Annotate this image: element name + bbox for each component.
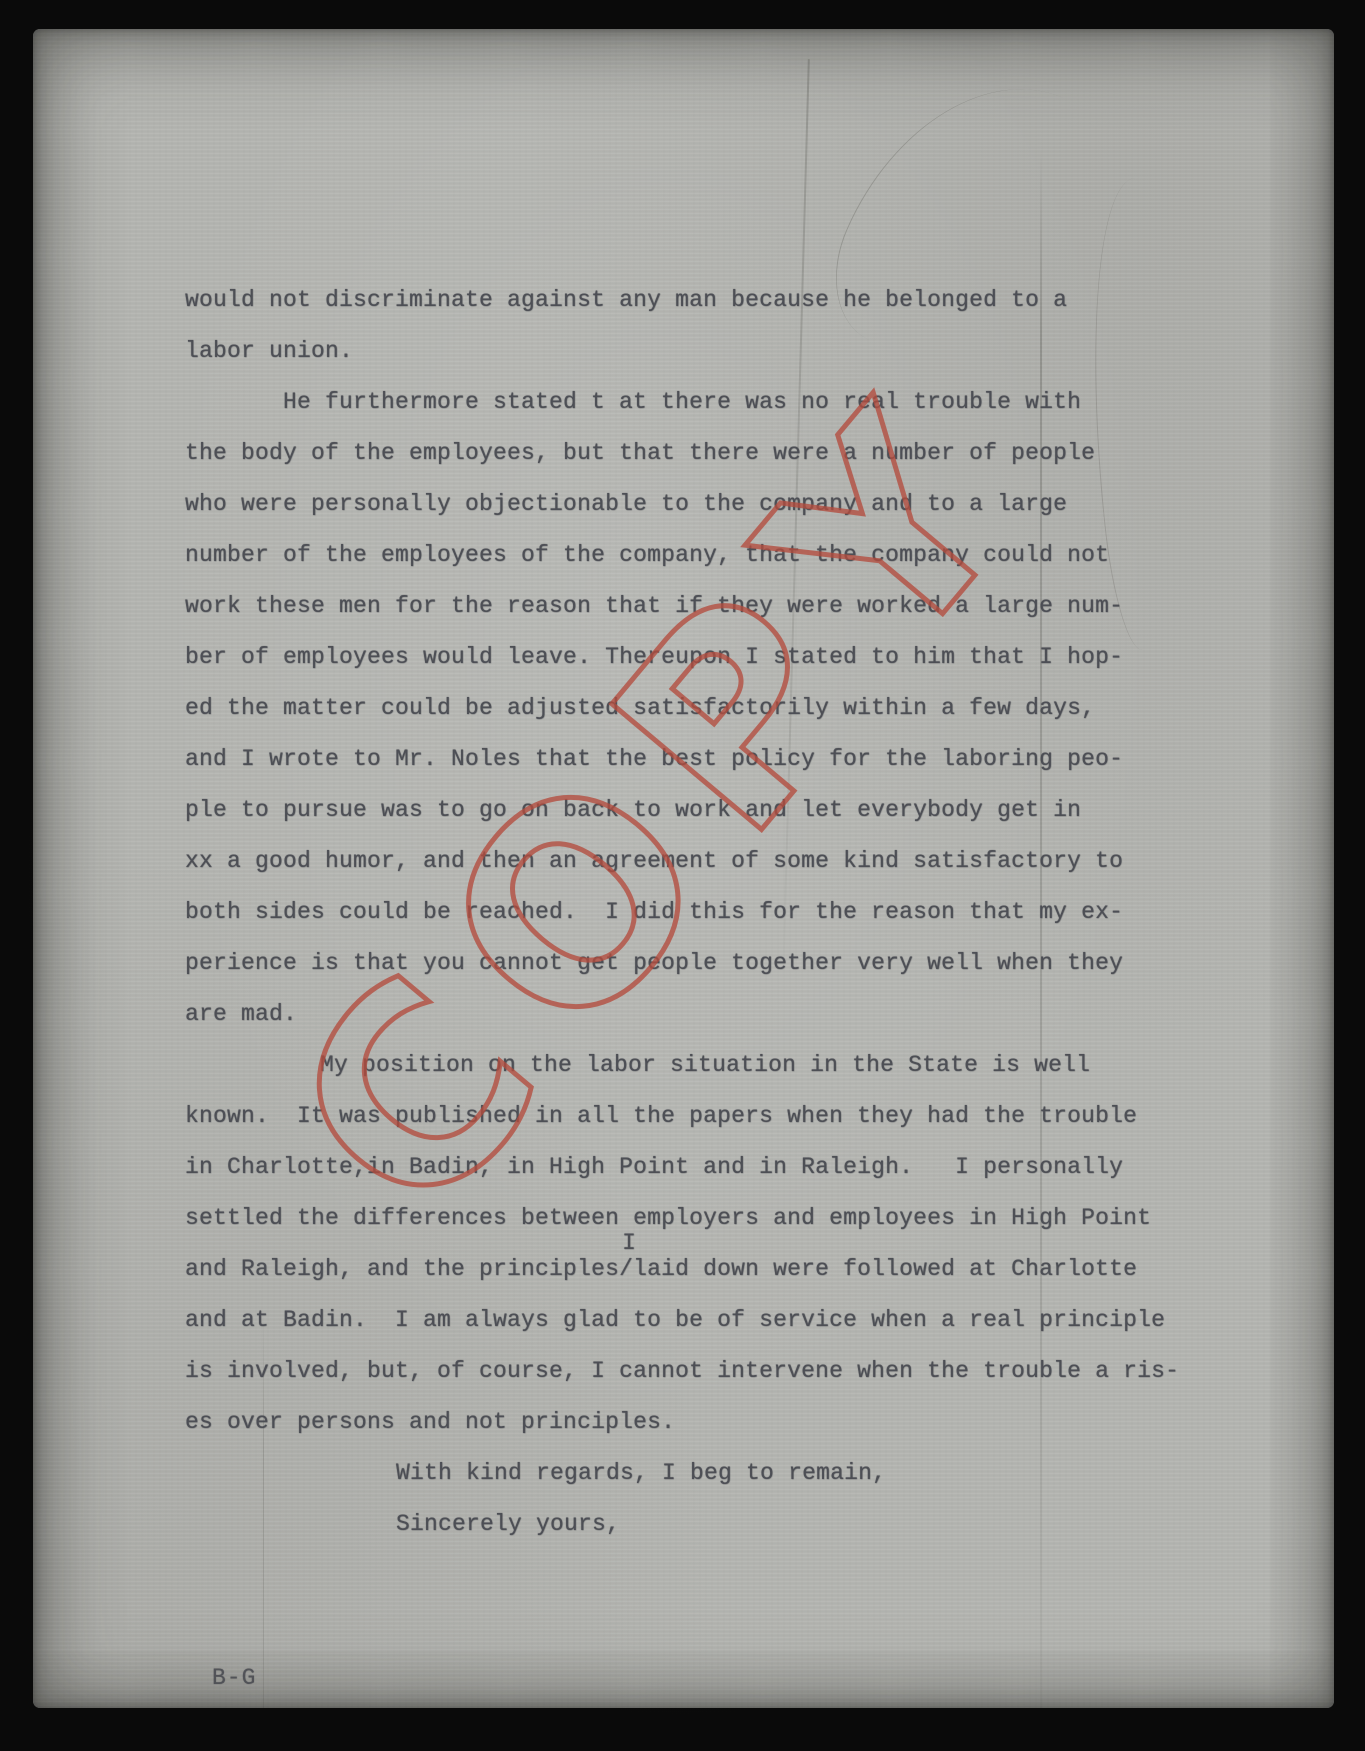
letter-line: settled the differences between employer… <box>185 1203 1215 1254</box>
letter-line: xx a good humor, and then an agreement o… <box>185 846 1215 897</box>
letter-line: ple to pursue was to go on back to work … <box>185 795 1215 846</box>
letter-line: es over persons and not principles. <box>185 1407 1215 1458</box>
letter-line: would not discriminate against any man b… <box>185 285 1215 336</box>
letter-line: known. It was published in all the paper… <box>185 1101 1215 1152</box>
letter-line: My position on the labor situation in th… <box>185 1050 1215 1101</box>
letter-line: perience is that you cannot get people t… <box>185 948 1215 999</box>
letter-signoff-line: Sincerely yours, <box>185 1509 1215 1560</box>
letter-line: and at Badin. I am always glad to be of … <box>185 1305 1215 1356</box>
letter-line: ed the matter could be adjusted satisfac… <box>185 693 1215 744</box>
line-pre: and Raleigh, and the principles <box>185 1256 619 1282</box>
letter-line: He furthermore stated t at there was no … <box>185 387 1215 438</box>
scan-background: would not discriminate against any man b… <box>0 0 1365 1751</box>
letter-line: labor union. <box>185 336 1215 387</box>
letter-line: who were personally objectionable to the… <box>185 489 1215 540</box>
line-post: /laid down were followed at Charlotte <box>619 1256 1137 1282</box>
letter-line: work these men for the reason that if th… <box>185 591 1215 642</box>
letter-line: the body of the employees, but that ther… <box>185 438 1215 489</box>
typist-initials: B-G <box>212 1665 256 1691</box>
letter-line: is involved, but, of course, I cannot in… <box>185 1356 1215 1407</box>
letter-body: would not discriminate against any man b… <box>185 285 1215 1560</box>
letter-line: both sides could be reached. I did this … <box>185 897 1215 948</box>
letter-line: number of the employees of the company, … <box>185 540 1215 591</box>
letter-line: ber of employees would leave. Thereupon … <box>185 642 1215 693</box>
letter-line-with-insert: and Raleigh, and the principlesI/laid do… <box>185 1254 1215 1305</box>
letter-line: and I wrote to Mr. Noles that the best p… <box>185 744 1215 795</box>
letter-page: would not discriminate against any man b… <box>33 29 1334 1708</box>
letter-closing-line: With kind regards, I beg to remain, <box>185 1458 1215 1509</box>
letter-line: in Charlotte,in Badin, in High Point and… <box>185 1152 1215 1203</box>
letter-line: are mad. <box>185 999 1215 1050</box>
